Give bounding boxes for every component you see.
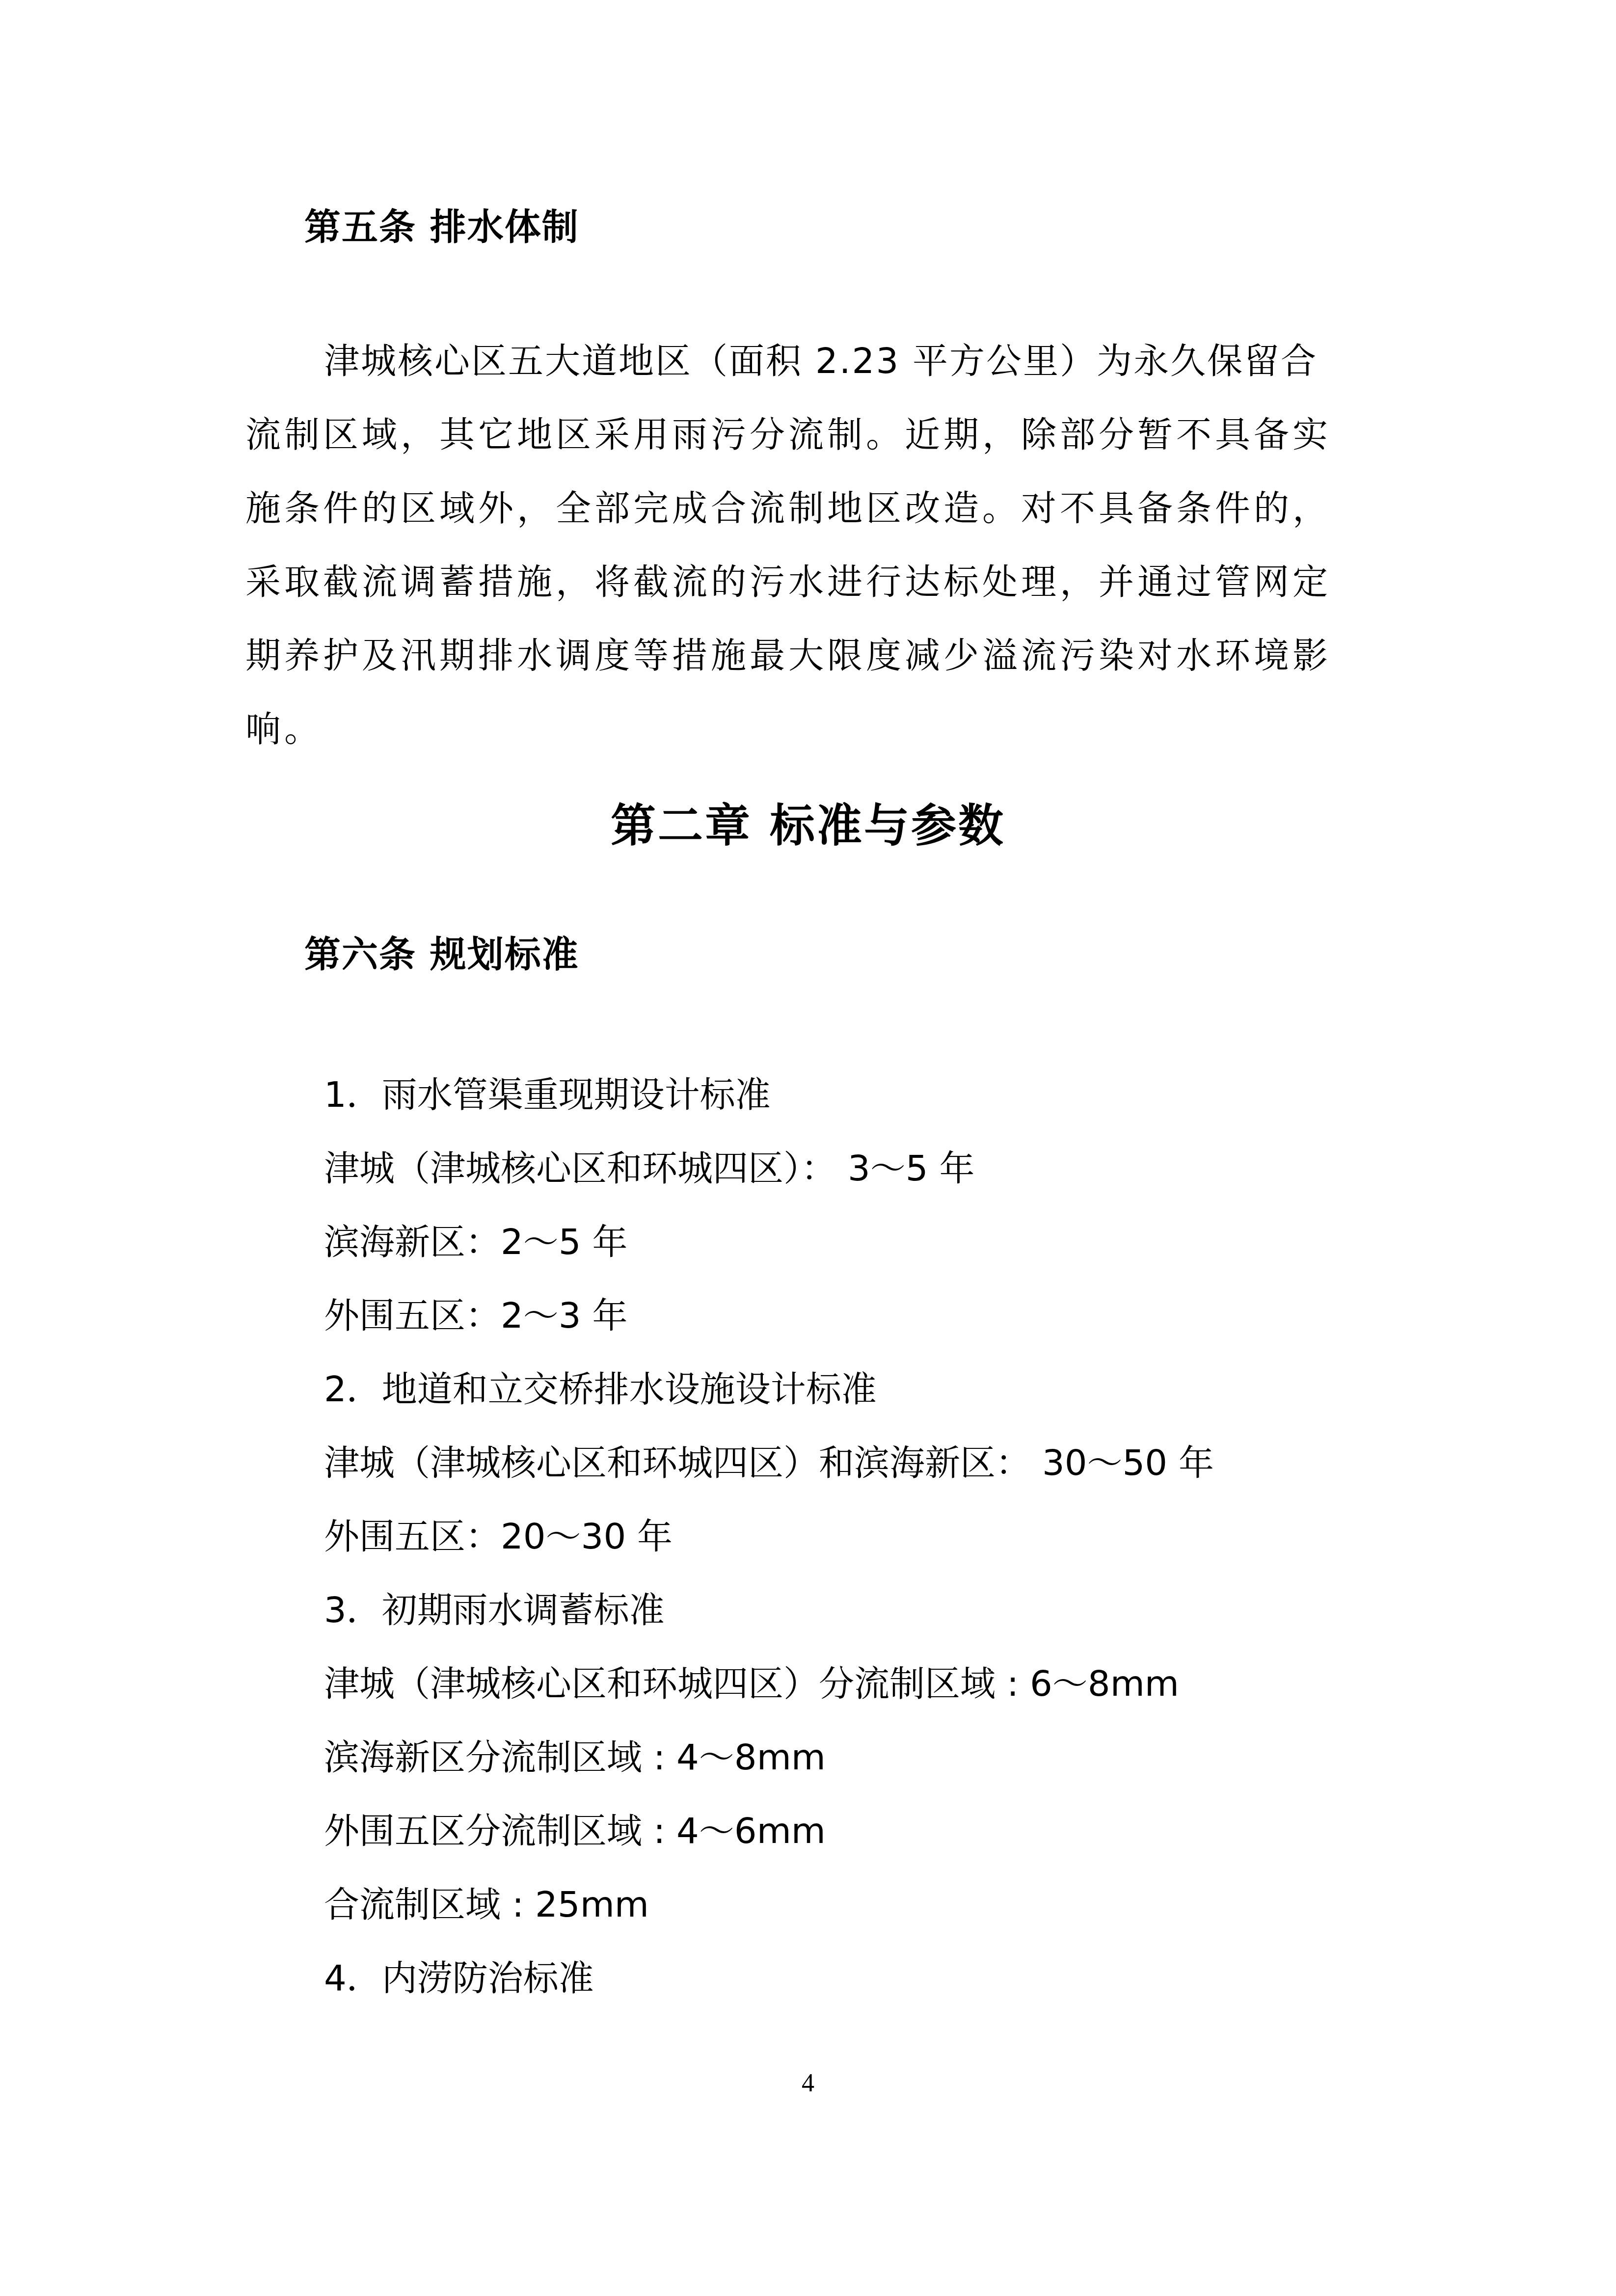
standard-item-title: 2．地道和立交桥排水设施设计标准 [324,1367,877,1411]
standard-item-title: 1．雨水管渠重现期设计标准 [324,1072,771,1117]
paragraph-line: 流制区域，其它地区采用雨污分流制。近期，除部分暂不具备实 [245,412,1331,456]
page-number: 4 [0,2069,1616,2098]
paragraph-line: 采取截流调蓄措施，将截流的污水进行达标处理，并通过管网定 [245,560,1331,604]
standard-line: 滨海新区分流制区域 : 4～8mm [324,1735,826,1779]
standard-line: 外围五区：20～30 年 [324,1514,673,1558]
standard-item-title: 3．初期雨水调蓄标准 [324,1588,665,1632]
article-5-heading: 第五条 排水体制 [304,205,579,249]
chapter-2-title: 第二章 标准与参数 [0,799,1616,853]
standard-line: 合流制区域 : 25mm [324,1882,649,1926]
standard-line: 滨海新区：2～5 年 [324,1220,628,1264]
paragraph-line: 期养护及汛期排水调度等措施最大限度减少溢流污染对水环境影 [245,633,1331,677]
standard-line: 外围五区分流制区域 : 4～6mm [324,1809,826,1853]
standard-line: 津城（津城核心区和环城四区）分流制区域 : 6～8mm [324,1661,1179,1706]
paragraph-line: 施条件的区域外，全部完成合流制地区改造。对不具备条件的， [245,486,1331,530]
document-page: 第五条 排水体制 津城核心区五大道地区（面积 2.23 平方公里）为永久保留合 … [0,0,1616,2296]
standard-item-title: 4．内涝防治标准 [324,1956,594,2000]
article-6-heading: 第六条 规划标准 [304,933,579,977]
standard-line: 津城（津城核心区和环城四区）和滨海新区： 30～50 年 [324,1441,1214,1485]
standard-line: 津城（津城核心区和环城四区）： 3～5 年 [324,1146,974,1190]
standard-line: 外围五区：2～3 年 [324,1293,628,1337]
paragraph-line: 响。 [245,707,323,751]
paragraph-line: 津城核心区五大道地区（面积 2.23 平方公里）为永久保留合 [324,339,1318,383]
